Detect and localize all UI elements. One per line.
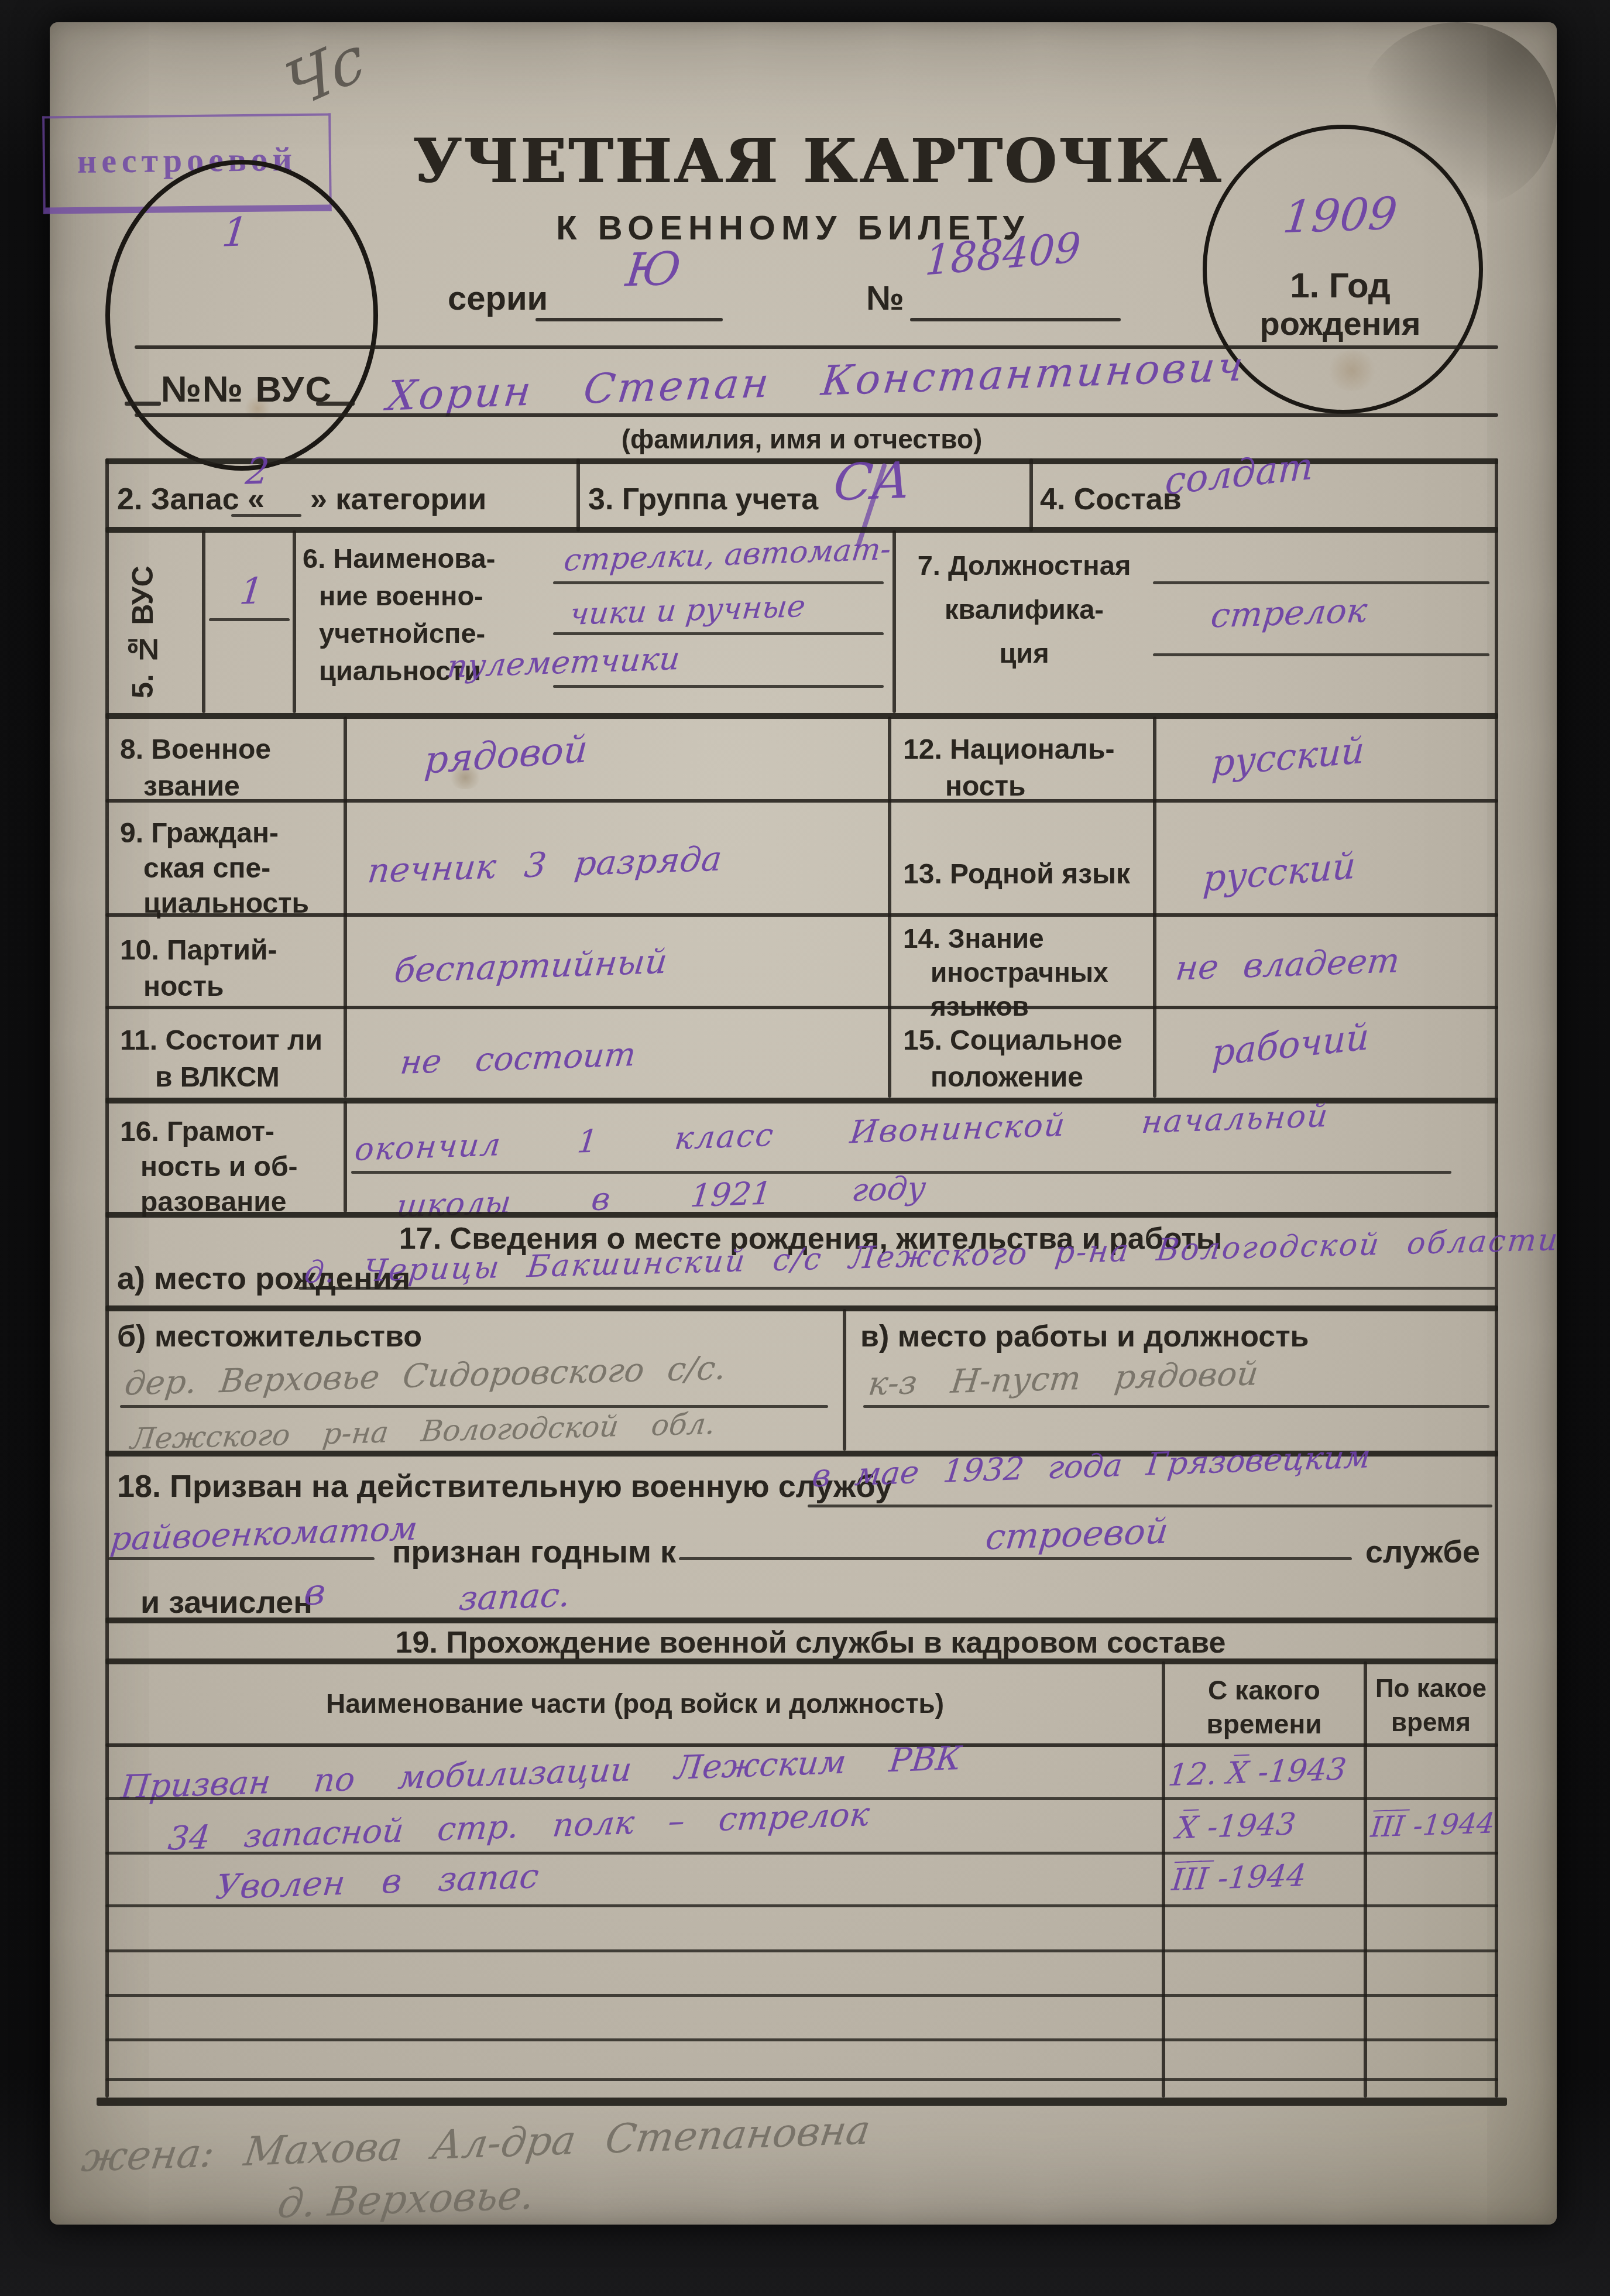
section18-line1: 18. Призван на действительную военную сл… xyxy=(117,1468,892,1505)
field12-value: русский xyxy=(1211,728,1366,784)
table-row-from: I̅I̅I̅ -1944 xyxy=(1170,1858,1307,1898)
field5-label: 5. № ВУС xyxy=(126,540,160,698)
table-empty-rule xyxy=(105,2038,1498,2041)
section18-rule2 xyxy=(108,1557,375,1560)
section18-bottom xyxy=(105,1618,1498,1623)
field4-value: солдат xyxy=(1164,444,1314,503)
table-empty-rule xyxy=(105,1949,1498,1952)
photo-background: нестроевой Чс 1 №№ ВУС 1909 1. Год рожде… xyxy=(0,0,1610,2296)
section18-value2: райвоенкоматом xyxy=(108,1510,419,1558)
table19-col3-header-2: время xyxy=(1367,1708,1495,1738)
section17-a-bottom xyxy=(105,1305,1498,1311)
field7-label-0: 7. Должностная xyxy=(901,549,1147,581)
row8-bottom xyxy=(105,799,1498,803)
field6-value-1: чики и ручные xyxy=(568,589,807,632)
field4-label: 4. Состав xyxy=(1040,482,1182,517)
row234-bottom xyxy=(105,527,1498,533)
footer-note-line1: жена: Махова Ал-дра Степановна xyxy=(79,2107,873,2181)
field2-underline xyxy=(231,514,301,517)
field5-value: 1 xyxy=(238,569,265,612)
field8-value: рядовой xyxy=(423,728,589,783)
field11-label-1: в ВЛКСМ xyxy=(155,1061,280,1094)
table-row-rule xyxy=(105,1852,1498,1855)
field5-dash xyxy=(209,618,290,621)
birth-year-label-1: 1. Год xyxy=(1255,265,1425,306)
row9-bottom xyxy=(105,913,1498,917)
field14-label-1: инострачных xyxy=(931,957,1108,988)
section18-printed3: службе xyxy=(1365,1534,1480,1570)
page-title: УЧЕТНАЯ КАРТОЧКА xyxy=(413,126,1173,197)
table-row-rule xyxy=(105,1904,1498,1907)
name-caption: (фамилия, имя и отчество) xyxy=(509,423,1094,455)
field12-label-1: ность xyxy=(945,770,1025,803)
table-row-part: Уволен в запас xyxy=(214,1856,541,1907)
table-row-part: 34 запасной стр. полк – стрелок xyxy=(166,1795,871,1858)
divider-b-v xyxy=(843,1309,846,1451)
field14-label-0: 14. Знание xyxy=(903,923,1044,954)
field14-value: не владеет xyxy=(1174,940,1402,988)
divider-12label xyxy=(1153,717,1156,1098)
field13-value: русский xyxy=(1202,844,1357,900)
field6-rule-1 xyxy=(553,581,884,584)
vus-dash-right xyxy=(316,402,355,406)
number-underline xyxy=(910,318,1121,321)
section17-b-label: б) местожительство xyxy=(117,1319,422,1354)
name-rule-top xyxy=(135,345,1498,349)
section17-b-value-2: Лежского р-на Вологодской обл. xyxy=(129,1407,717,1456)
section17-v-value: к-з Н-пуст рядовой xyxy=(866,1355,1260,1403)
field8-label-0: 8. Военное xyxy=(120,734,271,766)
section18-value5: запас. xyxy=(457,1575,572,1619)
section17-v-rule xyxy=(863,1405,1489,1408)
section18-value3: строевой xyxy=(984,1511,1170,1558)
vus-circle-value: 1 xyxy=(220,209,250,256)
field15-label-1: положение xyxy=(931,1061,1083,1094)
registration-card: нестроевой Чс 1 №№ ВУС 1909 1. Год рожде… xyxy=(50,22,1557,2225)
field10-label-1: ность xyxy=(143,971,224,1003)
field6-rule-3 xyxy=(553,685,884,688)
section18-rule3 xyxy=(679,1557,1352,1560)
field16-value-1: окончил 1 класс Ивонинской начальной xyxy=(353,1097,1331,1168)
field9-value: печник 3 разряда xyxy=(366,839,724,891)
section18-value4: в xyxy=(302,1570,328,1613)
field6-label-2: учетнойспе- xyxy=(319,617,485,649)
field7-label-1: квалифика- xyxy=(901,593,1147,625)
table19-col1-header: Наименование части (род войск и должност… xyxy=(196,1688,1074,1719)
field6-value-2: пулеметчики xyxy=(445,640,682,685)
series-underline xyxy=(535,318,723,321)
table-row-to: I̅I̅I̅ -1944 xyxy=(1369,1807,1496,1843)
vus-circle xyxy=(105,160,378,471)
field6-rule-2 xyxy=(553,632,884,635)
field13-label-0: 13. Родной язык xyxy=(903,858,1130,890)
section17-a-rule xyxy=(298,1287,1495,1290)
row567-bottom xyxy=(105,713,1498,719)
vus-dash-left xyxy=(125,402,161,406)
field15-value: рабочий xyxy=(1211,1015,1369,1075)
row10-bottom xyxy=(105,1006,1498,1009)
field7-value: стрелок xyxy=(1209,590,1369,635)
series-label: серии xyxy=(448,279,548,318)
birth-year-value: 1909 xyxy=(1258,186,1423,244)
table-row-from: X̅ -1943 xyxy=(1174,1807,1297,1846)
field16-label-1: ность и об- xyxy=(140,1151,298,1183)
field6-label-0: 6. Наименова- xyxy=(303,542,495,574)
table19-col2-header-2: времени xyxy=(1165,1708,1364,1740)
divider-5label xyxy=(202,530,205,713)
table19-top xyxy=(105,1658,1498,1664)
section17-b-rule xyxy=(120,1405,828,1408)
section17-b-value-1: дер. Верховье Сидоровского с/с. xyxy=(123,1349,728,1403)
row16-bottom xyxy=(105,1212,1498,1218)
series-value: Ю xyxy=(623,242,684,297)
name-rule-bottom xyxy=(135,413,1498,417)
field11-value: не состоит xyxy=(399,1036,638,1082)
section18-printed4: и зачислен xyxy=(140,1584,313,1620)
table-row-from: 12. X̅ -1943 xyxy=(1166,1752,1348,1794)
divider-3-4 xyxy=(1029,458,1033,532)
field15-label-0: 15. Социальное xyxy=(903,1024,1122,1057)
field10-value: беспартийный xyxy=(392,941,669,991)
divider-6-7 xyxy=(892,530,896,713)
field6-label-1: ние военно- xyxy=(319,580,483,612)
footer-note-line2: д. Верховье. xyxy=(275,2172,538,2228)
field10-label-0: 10. Партий- xyxy=(120,934,277,967)
field9-label-0: 9. Граждан- xyxy=(120,817,279,849)
table-empty-rule xyxy=(105,1994,1498,1997)
table19-bottom xyxy=(97,2098,1507,2106)
divider-mid xyxy=(888,717,891,1098)
birth-year-label-2: рождения xyxy=(1255,304,1425,342)
divider-16label xyxy=(344,1101,347,1212)
section17-v-label: в) место работы и должность xyxy=(860,1319,1309,1354)
divider-8label xyxy=(344,717,347,1098)
top-pencil-mark: Чс xyxy=(279,20,371,124)
vus-circle-label: №№ ВУС xyxy=(161,369,316,410)
divider-2-3 xyxy=(576,458,580,532)
field2-suffix: » категории xyxy=(310,482,486,517)
field7-rule-2 xyxy=(1153,653,1489,656)
field8-label-1: звание xyxy=(143,770,240,803)
field7-label-2: ция xyxy=(901,637,1147,669)
field7-rule-1 xyxy=(1153,581,1489,584)
field2-prefix: 2. Запас « xyxy=(117,482,265,517)
field2-value: 2 xyxy=(243,449,271,492)
table19-col2-header-1: С какого xyxy=(1165,1674,1364,1706)
field16-label-0: 16. Грамот- xyxy=(120,1116,274,1148)
section18-printed2: признан годным к xyxy=(392,1534,676,1570)
number-label: № xyxy=(866,279,904,318)
table19-col3-header-1: По какое xyxy=(1367,1674,1495,1704)
divider-5-6 xyxy=(293,530,296,713)
section18-rule1 xyxy=(808,1505,1492,1507)
table-empty-rule xyxy=(105,2078,1498,2081)
field9-label-1: ская спе- xyxy=(143,852,270,885)
field11-label-0: 11. Состоит ли xyxy=(120,1024,322,1057)
field3-label: 3. Группа учета xyxy=(588,482,818,517)
section19-header: 19. Прохождение военной службы в кадрово… xyxy=(284,1625,1337,1660)
section18-value1: в мае 1932 года Грязовецким xyxy=(811,1438,1372,1494)
field6-value-0: стрелки, автомат- xyxy=(562,532,893,578)
name-value: Хорин Степан Константинович xyxy=(385,342,1248,420)
field12-label-0: 12. Националь- xyxy=(903,734,1114,766)
